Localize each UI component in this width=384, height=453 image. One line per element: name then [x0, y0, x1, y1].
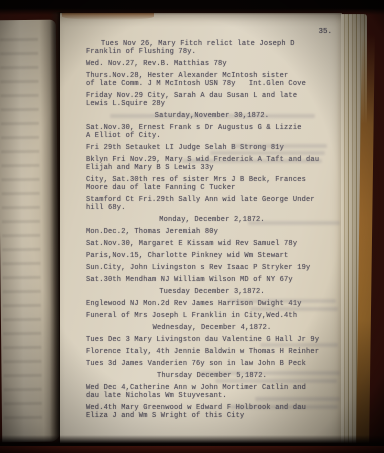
entry-line: Tues Nov 26, Mary Fitch relict late Jose… — [86, 40, 338, 48]
date-heading-text: Tuesday December 3,1872. — [86, 288, 338, 296]
bleed-through-mark — [110, 114, 315, 118]
entry-line: Lewis L.Squire 28y — [86, 100, 338, 108]
entry-line: Franklin of Flushing 78y. — [86, 48, 338, 56]
register-entry: Florence Italy, 4th Jennie Baldwin w Tho… — [86, 348, 338, 356]
bleed-through-mark — [182, 159, 322, 163]
page-number: 35. — [318, 28, 332, 36]
register-entry: Stamford Ct Fri.29th Sally Ann wid late … — [86, 196, 338, 212]
bleed-through-mark — [248, 221, 340, 225]
entry-line: Stamford Ct Fri.29th Sally Ann wid late … — [86, 196, 338, 204]
book-cover-edge — [0, 446, 384, 453]
bleed-through-mark — [230, 405, 338, 409]
entry-line: City, Sat.30th res of sister Mrs J B Bec… — [86, 176, 338, 184]
entry-line: Elijah and Mary B S Lewis 33y — [86, 164, 338, 172]
book-photo: 35. Tues Nov 26, Mary Fitch relict late … — [0, 0, 384, 453]
register-entry: Funeral of Mrs Joseph L Franklin in City… — [86, 312, 338, 320]
entry-line: Wed Dec 4,Catherine Ann w John Mortimer … — [86, 384, 338, 392]
entry-line: Funeral of Mrs Joseph L Franklin in City… — [86, 312, 338, 320]
entry-line: Eliza J and Wm S Wright of this City — [86, 412, 338, 420]
entry-line: hill 68y. — [86, 204, 338, 212]
entry-line: Florence Italy, 4th Jennie Baldwin w Tho… — [86, 348, 338, 356]
register-entry: Tues 3d James Vanderien 76y son in law J… — [86, 360, 338, 368]
entry-line: Paris,Nov.15, Charlotte Pinkney wid Wm S… — [86, 252, 338, 260]
entry-line: Tues 3d James Vanderien 76y son in law J… — [86, 360, 338, 368]
date-heading: Tuesday December 3,1872. — [86, 288, 338, 296]
register-blocks: Tues Nov 26, Mary Fitch relict late Jose… — [86, 40, 338, 424]
bleed-through-mark — [232, 144, 327, 148]
register-entry: Thurs.Nov.28, Hester Alexander McIntosh … — [86, 72, 338, 88]
entry-line: Friday Nov.29 City, Sarah A dau Susan L … — [86, 92, 338, 100]
register-entry: Sat.Nov.30, Ernest Frank s Dr Augustus G… — [86, 124, 338, 140]
entry-line: Moore dau of late Fanning C Tucker — [86, 184, 338, 192]
entry-line: Sat.30th Mendham NJ William Wilson MD of… — [86, 276, 338, 284]
register-entry: Sat.Nov.30, Margaret E Kissam wid Rev Sa… — [86, 240, 338, 248]
bleed-through-mark — [215, 379, 337, 383]
register-entry: Mon.Dec.2, Thomas Jeremiah 80y — [86, 228, 338, 236]
date-heading-text: Wednesday, December 4,1872. — [86, 324, 338, 332]
register-entry: Friday Nov.29 City, Sarah A dau Susan L … — [86, 92, 338, 108]
entry-line: Sat.Nov.30, Margaret E Kissam wid Rev Sa… — [86, 240, 338, 248]
entry-line: Sat.Nov.30, Ernest Frank s Dr Augustus G… — [86, 124, 338, 132]
bleed-through-mark — [255, 397, 340, 401]
entry-line: Sun.City, John Livingston s Rev Isaac P … — [86, 264, 338, 272]
bleed-through-mark — [250, 307, 338, 311]
register-entry: Sat.30th Mendham NJ William Wilson MD of… — [86, 276, 338, 284]
bleed-through-mark — [210, 151, 325, 155]
background-shadow-top — [0, 0, 384, 15]
bleed-through-mark — [228, 299, 336, 303]
register-entry: Sun.City, John Livingston s Rev Isaac P … — [86, 264, 338, 272]
register-entry: Tues Nov 26, Mary Fitch relict late Jose… — [86, 40, 338, 56]
bleed-through-mark — [200, 371, 340, 375]
date-heading: Wednesday, December 4,1872. — [86, 324, 338, 332]
entry-line: Mon.Dec.2, Thomas Jeremiah 80y — [86, 228, 338, 236]
entry-line: Thurs.Nov.28, Hester Alexander McIntosh … — [86, 72, 338, 80]
bleed-through-mark — [260, 343, 338, 347]
register-page: 35. Tues Nov 26, Mary Fitch relict late … — [60, 13, 342, 445]
entry-line: Wed. Nov.27, Rev.B. Matthias 78y — [86, 60, 338, 68]
facing-page-faint-text — [0, 38, 42, 422]
register-entry: City, Sat.30th res of sister Mrs J B Bec… — [86, 176, 338, 192]
register-entry: Paris,Nov.15, Charlotte Pinkney wid Wm S… — [86, 252, 338, 260]
entry-line: A Elliot of City. — [86, 132, 338, 140]
register-entry: Wed. Nov.27, Rev.B. Matthias 78y — [86, 60, 338, 68]
entry-line: of late Comm. J M McIntosh USN 78y Int.G… — [86, 80, 338, 88]
